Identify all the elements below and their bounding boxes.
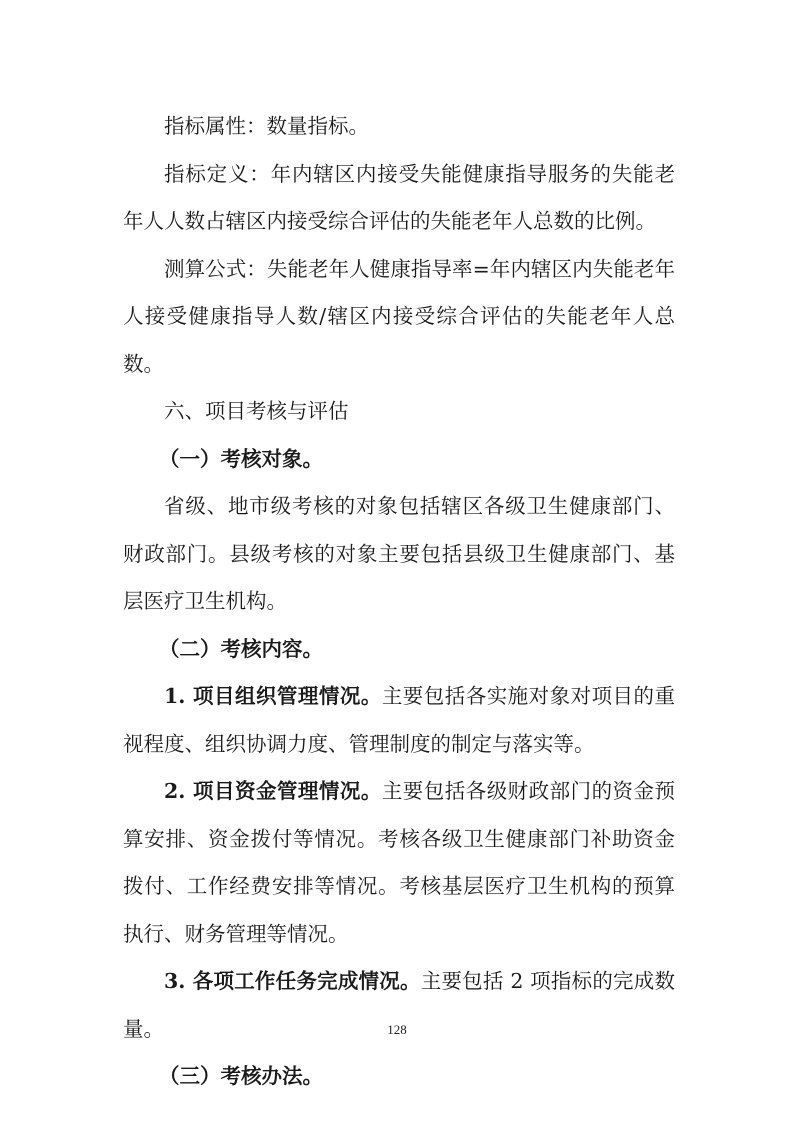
document-page: 指标属性：数量指标。 指标定义：年内辖区内接受失能健康指导服务的失能老年人人数占… [0, 0, 794, 1122]
subheading-assessment-target: （一）考核对象。 [123, 436, 675, 484]
item-lead: 3. 各项工作任务完成情况。 [164, 969, 421, 993]
item-lead: 2. 项目资金管理情况。 [164, 779, 382, 803]
paragraph-assessment-target: 省级、地市级考核的对象包括辖区各级卫生健康部门、财政部门。县级考核的对象主要包括… [123, 483, 675, 626]
subheading-assessment-content: （二）考核内容。 [123, 626, 675, 674]
item-task-completion: 3. 各项工作任务完成情况。主要包括 2 项指标的完成数量。 [123, 958, 675, 1053]
paragraph-calculation-formula: 测算公式：失能老年人健康指导率=年内辖区内失能老年人接受健康指导人数/辖区内接受… [123, 246, 675, 389]
page-number: 128 [0, 1022, 794, 1038]
document-body: 指标属性：数量指标。 指标定义：年内辖区内接受失能健康指导服务的失能老年人人数占… [123, 103, 675, 1101]
paragraph-indicator-definition: 指标定义：年内辖区内接受失能健康指导服务的失能老年人人数占辖区内接受综合评估的失… [123, 151, 675, 246]
item-fund-management: 2. 项目资金管理情况。主要包括各级财政部门的资金预算安排、资金拨付等情况。考核… [123, 768, 675, 958]
item-project-organization: 1. 项目组织管理情况。主要包括各实施对象对项目的重视程度、组织协调力度、管理制… [123, 673, 675, 768]
item-text: 主要包括各级财政部门的资金预算安排、资金拨付等情况。考核各级卫生健康部门补助资金… [123, 779, 675, 946]
paragraph-indicator-attribute: 指标属性：数量指标。 [123, 103, 675, 151]
subheading-assessment-method: （三）考核办法。 [123, 1053, 675, 1101]
section-heading-assessment: 六、项目考核与评估 [123, 388, 675, 436]
item-lead: 1. 项目组织管理情况。 [164, 684, 382, 708]
